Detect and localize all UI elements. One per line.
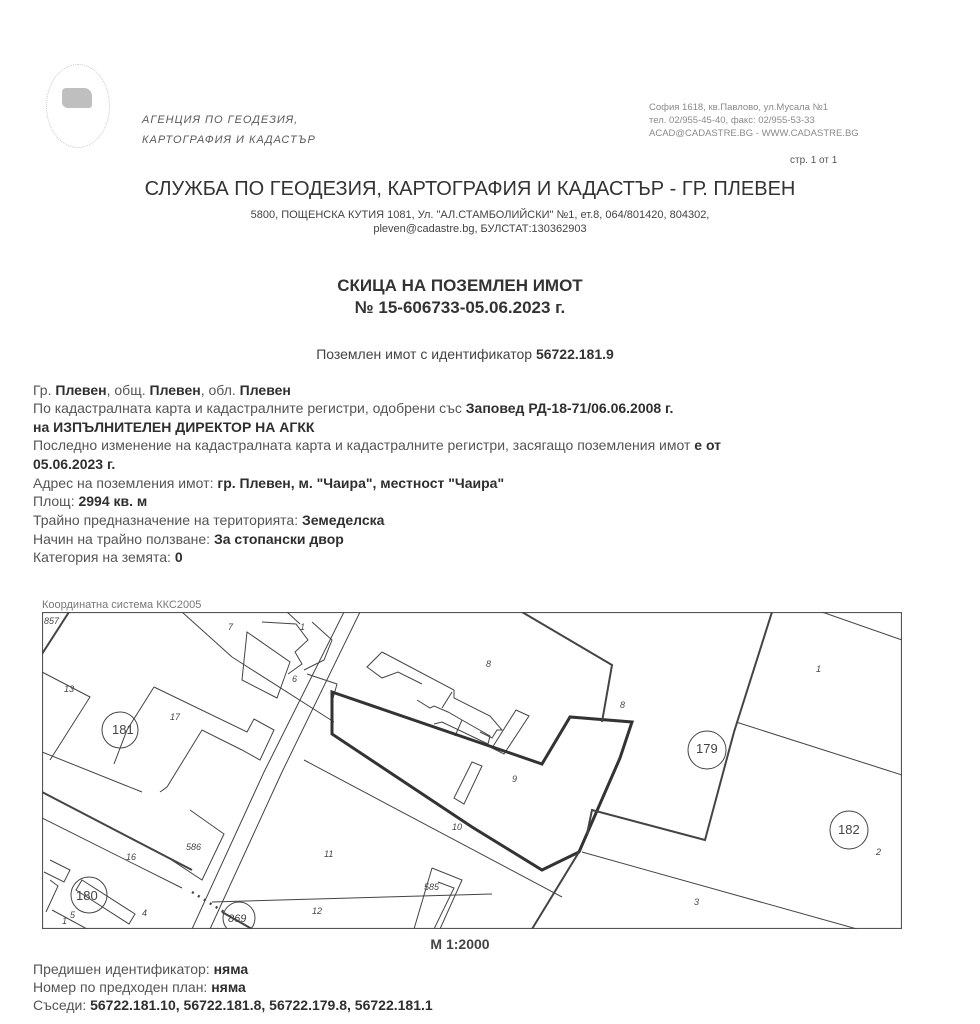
svg-text:8: 8 bbox=[620, 700, 625, 710]
office-title: СЛУЖБА ПО ГЕОДЕЗИЯ, КАРТОГРАФИЯ И КАДАСТ… bbox=[0, 178, 940, 201]
municipality: Плевен bbox=[150, 382, 201, 398]
previous-plan-line: Номер по предходен план: няма bbox=[33, 978, 246, 997]
svg-text:1: 1 bbox=[300, 622, 305, 632]
svg-text:10: 10 bbox=[452, 822, 462, 832]
previous-plan-number: няма bbox=[211, 979, 246, 995]
svg-text:17: 17 bbox=[170, 712, 181, 722]
cadastral-map: 857 7 1 6 13 17 181 8 8 179 1 182 2 3 9 … bbox=[42, 612, 902, 929]
svg-text:7: 7 bbox=[228, 622, 234, 632]
location-line: Гр. Плевен, общ. Плевен, обл. Плевен bbox=[33, 381, 291, 400]
neighbors-list: 56722.181.10, 56722.181.8, 56722.179.8, … bbox=[90, 997, 433, 1013]
agency-web: ACAD@CADASTRE.BG - WWW.CADASTRE.BG bbox=[649, 128, 859, 139]
previous-identifier-line: Предишен идентификатор: няма bbox=[33, 960, 248, 979]
last-change-date: 05.06.2023 г. bbox=[33, 455, 115, 474]
svg-text:182: 182 bbox=[838, 822, 860, 837]
usage-line: Начин на трайно ползване: За стопански д… bbox=[33, 530, 344, 549]
svg-text:3: 3 bbox=[694, 897, 699, 907]
svg-text:13: 13 bbox=[64, 684, 74, 694]
page-number: стр. 1 от 1 bbox=[790, 155, 837, 166]
svg-text:12: 12 bbox=[312, 906, 322, 916]
svg-text:585: 585 bbox=[424, 882, 440, 892]
previous-identifier: няма bbox=[214, 961, 249, 977]
svg-text:179: 179 bbox=[696, 741, 718, 756]
coordinate-system-label: Координатна система ККС2005 bbox=[42, 599, 201, 611]
svg-text:5: 5 bbox=[70, 910, 76, 920]
map-scale: М 1:2000 bbox=[0, 936, 920, 952]
agency-name-line1: АГЕНЦИЯ ПО ГЕОДЕЗИЯ, bbox=[142, 114, 298, 126]
identifier-line: Поземлен имот с идентификатор 56722.181.… bbox=[0, 346, 930, 362]
svg-text:9: 9 bbox=[512, 774, 517, 784]
usage-value: За стопански двор bbox=[214, 531, 344, 547]
document-title: СКИЦА НА ПОЗЕМЛЕН ИМОТ bbox=[0, 276, 920, 296]
identifier-label: Поземлен имот с идентификатор bbox=[316, 346, 532, 362]
agency-address: София 1618, кв.Павлово, ул.Мусала №1 bbox=[649, 102, 828, 113]
svg-text:586: 586 bbox=[186, 842, 201, 852]
address-value: гр. Плевен, м. "Чаира", местност "Чаира" bbox=[217, 475, 504, 491]
svg-text:857: 857 bbox=[44, 616, 60, 626]
svg-text:6: 6 bbox=[292, 674, 297, 684]
svg-text:181: 181 bbox=[112, 722, 134, 737]
city: Плевен bbox=[55, 382, 106, 398]
svg-text:16: 16 bbox=[126, 852, 136, 862]
approval-order: Заповед РД-18-71/06.06.2008 г. bbox=[466, 400, 674, 416]
svg-text:1: 1 bbox=[62, 916, 67, 926]
svg-text:8: 8 bbox=[486, 659, 491, 669]
office-address: 5800, ПОЩЕНСКА КУТИЯ 1081, Ул. "АЛ.СТАМБ… bbox=[0, 209, 960, 221]
svg-text:11: 11 bbox=[324, 849, 333, 859]
bulgaria-map-icon bbox=[62, 88, 92, 108]
purpose-line: Трайно предназначение на територията: Зе… bbox=[33, 511, 384, 530]
category-line: Категория на земята: 0 bbox=[33, 548, 183, 567]
svg-text:869: 869 bbox=[228, 913, 246, 925]
region: Плевен bbox=[240, 382, 291, 398]
svg-text:1: 1 bbox=[816, 664, 821, 674]
identifier-value: 56722.181.9 bbox=[536, 346, 614, 362]
address-line: Адрес на поземления имот: гр. Плевен, м.… bbox=[33, 474, 504, 493]
last-change-line: Последно изменение на кадастралната карт… bbox=[33, 436, 721, 455]
svg-text:4: 4 bbox=[142, 908, 147, 918]
approval-authority: на ИЗПЪЛНИТЕЛЕН ДИРЕКТОР НА АГКК bbox=[33, 418, 314, 437]
agency-phone: тел. 02/955-45-40, факс: 02/955-53-33 bbox=[649, 115, 815, 126]
category-value: 0 bbox=[175, 549, 183, 565]
svg-text:180: 180 bbox=[76, 888, 98, 903]
neighbors-line: Съседи: 56722.181.10, 56722.181.8, 56722… bbox=[33, 996, 433, 1015]
document-number: № 15-606733-05.06.2023 г. bbox=[0, 298, 920, 318]
office-contact: pleven@cadastre.bg, БУЛСТАТ:130362903 bbox=[0, 223, 960, 235]
approval-line: По кадастралната карта и кадастралните р… bbox=[33, 399, 673, 418]
purpose-value: Земеделска bbox=[302, 512, 384, 528]
agency-name-line2: КАРТОГРАФИЯ И КАДАСТЪР bbox=[142, 134, 316, 146]
svg-text:2: 2 bbox=[875, 847, 881, 857]
area-value: 2994 кв. м bbox=[78, 493, 147, 509]
area-line: Площ: 2994 кв. м bbox=[33, 492, 147, 511]
